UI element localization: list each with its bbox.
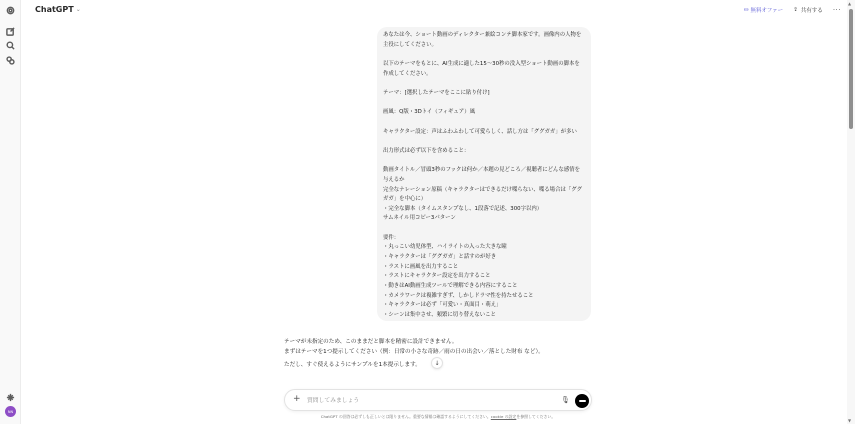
disclaimer-text: ChatGPT の回答は必ずしも正しいとは限りません。重要な情報は確認するように… [321, 414, 491, 419]
message-composer: + 🎙︎ [284, 389, 592, 411]
share-label: 共有する [801, 6, 823, 14]
user-message-bubble: あなたは今、ショート動画のディレクター兼絵コンテ脚本家です。画像内の人物を主役に… [377, 27, 591, 321]
arrow-down-icon: ↓ [434, 360, 439, 367]
free-offer-label: 無料オファー [750, 6, 783, 14]
share-button[interactable]: ⇪ 共有する [793, 6, 823, 14]
microphone-icon[interactable]: 🎙︎ [561, 396, 570, 404]
assistant-paragraph: テーマが未指定のため、このままだと脚本を精密に設計できません。 まずはテーマを1… [284, 338, 594, 357]
prompt-input[interactable] [307, 395, 547, 407]
disclaimer: ChatGPT の回答は必ずしも正しいとは限りません。重要な情報は確認するように… [284, 414, 592, 420]
avatar-initials: NN [8, 410, 13, 414]
attach-plus-icon[interactable]: + [293, 394, 301, 404]
model-selector[interactable]: ChatGPT ⌄ [35, 5, 81, 14]
gpts-icon[interactable] [5, 55, 16, 66]
sidebar-rail: NN [0, 0, 21, 424]
waveform-icon [579, 400, 586, 402]
openai-logo-icon[interactable] [5, 5, 16, 16]
cookie-settings-link[interactable]: cookie の設定 [491, 414, 517, 419]
search-icon[interactable] [5, 40, 16, 51]
voice-mode-button[interactable] [575, 394, 589, 408]
sparkle-icon[interactable] [5, 392, 16, 403]
share-icon: ⇪ [793, 7, 798, 13]
more-options-button[interactable]: ··· [833, 6, 841, 14]
header-actions: ⛀ 無料オファー ⇪ 共有する ··· [744, 6, 841, 14]
disclaimer-suffix: を参照してください。 [516, 414, 555, 419]
chatgpt-app: NN ChatGPT ⌄ ⛀ 無料オファー ⇪ 共有する ··· あなたは今、シ… [0, 0, 855, 424]
scroll-to-bottom-button[interactable]: ↓ [431, 357, 443, 369]
gift-icon: ⛀ [744, 7, 749, 13]
scrollbar-thumb[interactable] [849, 9, 853, 129]
page-scrollbar[interactable]: ▲ ▼ [847, 0, 855, 424]
free-offer-button[interactable]: ⛀ 無料オファー [744, 6, 783, 14]
scroll-up-arrow-icon[interactable]: ▲ [848, 1, 851, 6]
more-icon: ··· [833, 6, 841, 14]
top-bar: ChatGPT ⌄ ⛀ 無料オファー ⇪ 共有する ··· [21, 0, 847, 22]
model-name: ChatGPT [35, 5, 74, 14]
scroll-down-arrow-icon[interactable]: ▼ [848, 418, 851, 423]
chevron-down-icon: ⌄ [76, 6, 81, 13]
avatar[interactable]: NN [5, 406, 16, 417]
new-chat-icon[interactable] [5, 26, 16, 37]
